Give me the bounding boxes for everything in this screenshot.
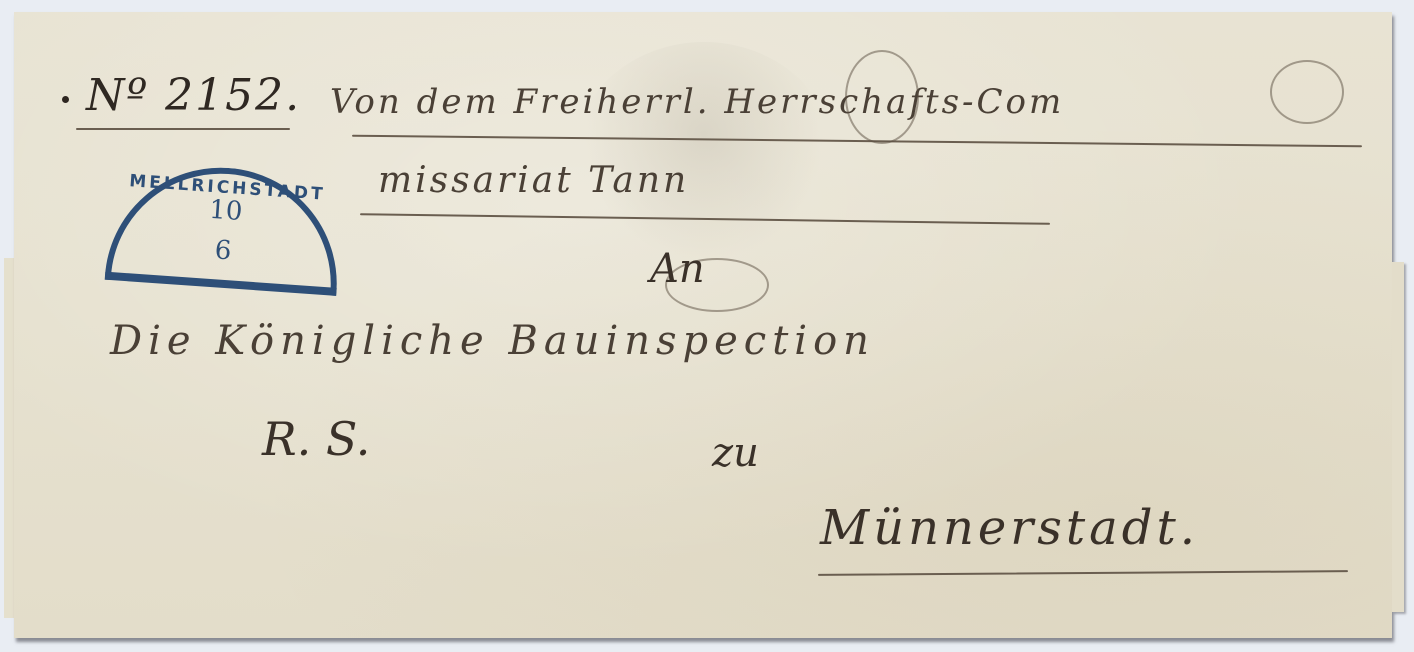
address-to-label: An — [650, 246, 705, 292]
paper-crease — [574, 42, 834, 272]
sender-line-2: missariat Tann — [378, 160, 689, 201]
sender-line-1: Von dem Freiherrl. Herrschafts-Com — [330, 82, 1064, 122]
flourish-loop — [1270, 60, 1344, 124]
destination-town: Münnerstadt. — [820, 500, 1199, 556]
ink-dot — [62, 96, 69, 103]
flourish-loop — [845, 50, 919, 144]
registry-number: Nº 2152. — [86, 70, 301, 121]
postmark-stamp: MELLRICHSTADT 10 6 — [103, 160, 348, 314]
recipient-name: Die Königliche Bauinspection — [110, 318, 875, 364]
address-preposition: zu — [712, 430, 759, 476]
registry-number-underline — [76, 128, 290, 130]
right-flap-edge — [1392, 262, 1404, 612]
annotation-rs: R. S. — [262, 412, 370, 466]
